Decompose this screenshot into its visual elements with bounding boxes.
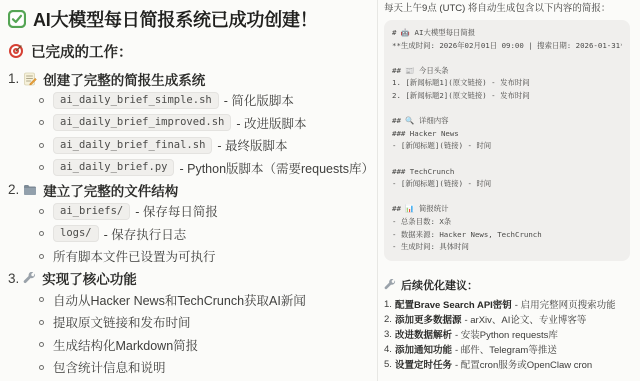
bullet-icon [39,98,44,103]
wrench-icon [23,272,36,285]
list-item: ai_daily_brief_improved.sh - 改进版脚本 [8,112,376,135]
section-number: 1. [8,71,19,86]
suggestion-number: 3. [384,329,392,340]
suggestion-item: 1. 配置Brave Search API密钥 - 启用完整网页搜索功能 [384,297,636,312]
bullet-icon [39,254,44,259]
code-line [392,153,622,166]
suggestions-heading-row: 后续优化建议： [384,277,636,293]
section-title-file-structure: 2. 建立了完整的文件结构 [8,179,376,200]
bullet-icon [39,342,44,347]
page-title-row: AI大模型每日简报系统已成功创建！ [8,6,376,32]
section-title-text: 建立了完整的文件结构 [43,180,178,200]
code-line: - [新闻标题](链接) - 时间 [392,178,622,191]
suggestion-detail: - 启用完整网页搜索功能 [515,297,616,311]
suggestion-number: 2. [384,314,392,325]
markdown-template-codeblock: # 🤖 AI大模型每日简报 **生成时间: 2026年02月01日 09:00 … [384,20,630,261]
completed-work-pane: AI大模型每日简报系统已成功创建！ 已完成的工作： 1. 创建了完整的简报生成系… [8,6,376,379]
code-line: ## 📰 今日头条 [392,65,622,78]
suggestion-detail: - 配置cron服务或OpenClaw cron [455,357,592,371]
suggestion-detail: - 邮件、Telegram等推送 [455,342,557,356]
code-line: ## 🔍 详细内容 [392,115,622,128]
list-item: 提取原文链接和发布时间 [8,311,376,334]
bullet-icon [39,365,44,370]
section-title-text: 创建了完整的简报生成系统 [43,69,205,89]
folder-icon [23,183,37,197]
code-line [392,52,622,65]
item-description: - Python版脚本（需要requests库） [179,159,374,177]
item-text: 提取原文链接和发布时间 [53,313,191,331]
code-line: **生成时间: 2026年02月01日 09:00 | 搜索日期: 2026-0… [392,40,622,53]
section-number: 2. [8,182,19,197]
code-line: ### TechCrunch [392,166,622,179]
list-item: ai_daily_brief_simple.sh - 简化版脚本 [8,89,376,112]
suggestion-item: 3. 改进数据解析 - 安装Python requests库 [384,327,636,342]
item-description: - 改进版脚本 [236,114,306,132]
bullet-icon [39,143,44,148]
column-divider [377,0,378,381]
page-title: AI大模型每日简报系统已成功创建！ [33,6,318,32]
section-number: 3. [8,271,19,286]
section-title-core-features: 3. 实现了核心功能 [8,268,376,289]
item-text: 生成结构化Markdown简报 [53,336,198,354]
bullet-icon [39,297,44,302]
section-title-text: 实现了核心功能 [42,268,137,288]
code-line: - 数据来源: Hacker News, TechCrunch [392,229,622,242]
target-icon [8,43,24,59]
code-line: - 总条目数: X条 [392,216,622,229]
code-line [392,191,622,204]
item-description: - 简化版脚本 [224,91,294,109]
memo-icon [23,72,37,86]
suggestion-title: 配置Brave Search API密钥 [395,297,512,311]
inline-code: ai_daily_brief_simple.sh [53,92,219,109]
code-line: ## 📊 简报统计 [392,203,622,216]
check-icon [8,10,26,28]
item-description: - 最终版脚本 [217,136,287,154]
suggestion-number: 4. [384,344,392,355]
inline-code: ai_daily_brief.py [53,159,174,176]
item-text: 所有脚本文件已设置为可执行 [53,247,216,265]
code-line: 1. [新闻标题1](原文链接) - 发布时间 [392,77,622,90]
list-item: ai_daily_brief_final.sh - 最终版脚本 [8,134,376,157]
list-item: ai_briefs/ - 保存每日简报 [8,200,376,223]
bullet-icon [39,120,44,125]
wrench-icon [384,279,396,291]
suggestion-detail: - arXiv、AI论文、专业博客等 [464,312,586,326]
suggestion-title: 设置定时任务 [395,357,452,371]
suggestion-detail: - 安装Python requests库 [455,327,558,341]
inline-code: logs/ [53,225,99,242]
bullet-icon [39,209,44,214]
list-item: 包含统计信息和说明 [8,356,376,379]
code-line: # 🤖 AI大模型每日简报 [392,27,622,40]
item-description: - 保存执行日志 [104,225,187,243]
item-text: 自动从Hacker News和TechCrunch获取AI新闻 [53,291,306,309]
code-line [392,103,622,116]
bullet-icon [39,320,44,325]
suggestion-item: 2. 添加更多数据源 - arXiv、AI论文、专业博客等 [384,312,636,327]
suggestion-item: 4. 添加通知功能 - 邮件、Telegram等推送 [384,342,636,357]
intro-text: 每天上午9点 (UTC) 将自动生成包含以下内容的简报： [384,2,636,16]
suggestion-number: 1. [384,299,392,310]
bullet-icon [39,165,44,170]
code-line: - 生成时间: 具体时间 [392,241,622,254]
chat-output-screen: AI大模型每日简报系统已成功创建！ 已完成的工作： 1. 创建了完整的简报生成系… [0,0,640,381]
item-description: - 保存每日简报 [135,202,218,220]
list-item: 生成结构化Markdown简报 [8,334,376,357]
suggestion-title: 添加通知功能 [395,342,452,356]
suggestion-title: 添加更多数据源 [395,312,462,326]
completed-work-heading-row: 已完成的工作： [8,40,376,62]
inline-code: ai_daily_brief_improved.sh [53,114,231,131]
code-line: 2. [新闻标题2](原文链接) - 发布时间 [392,90,622,103]
code-line: ### Hacker News [392,128,622,141]
list-item: 自动从Hacker News和TechCrunch获取AI新闻 [8,289,376,312]
bullet-icon [39,231,44,236]
suggestions-list: 1. 配置Brave Search API密钥 - 启用完整网页搜索功能 2. … [384,297,636,372]
section-title-brief-system: 1. 创建了完整的简报生成系统 [8,68,376,89]
list-item: 所有脚本文件已设置为可执行 [8,245,376,268]
suggestions-heading: 后续优化建议： [401,277,478,293]
schedule-preview-pane: 每天上午9点 (UTC) 将自动生成包含以下内容的简报： # 🤖 AI大模型每日… [384,2,636,372]
suggestion-number: 5. [384,359,392,370]
item-text: 包含统计信息和说明 [53,358,166,376]
suggestion-title: 改进数据解析 [395,327,452,341]
inline-code: ai_daily_brief_final.sh [53,137,212,154]
list-item: ai_daily_brief.py - Python版脚本（需要requests… [8,157,376,180]
completed-work-heading: 已完成的工作： [31,41,133,62]
suggestion-item: 5. 设置定时任务 - 配置cron服务或OpenClaw cron [384,357,636,372]
list-item: logs/ - 保存执行日志 [8,223,376,246]
inline-code: ai_briefs/ [53,203,130,220]
code-line: - [新闻标题](链接) - 时间 [392,140,622,153]
